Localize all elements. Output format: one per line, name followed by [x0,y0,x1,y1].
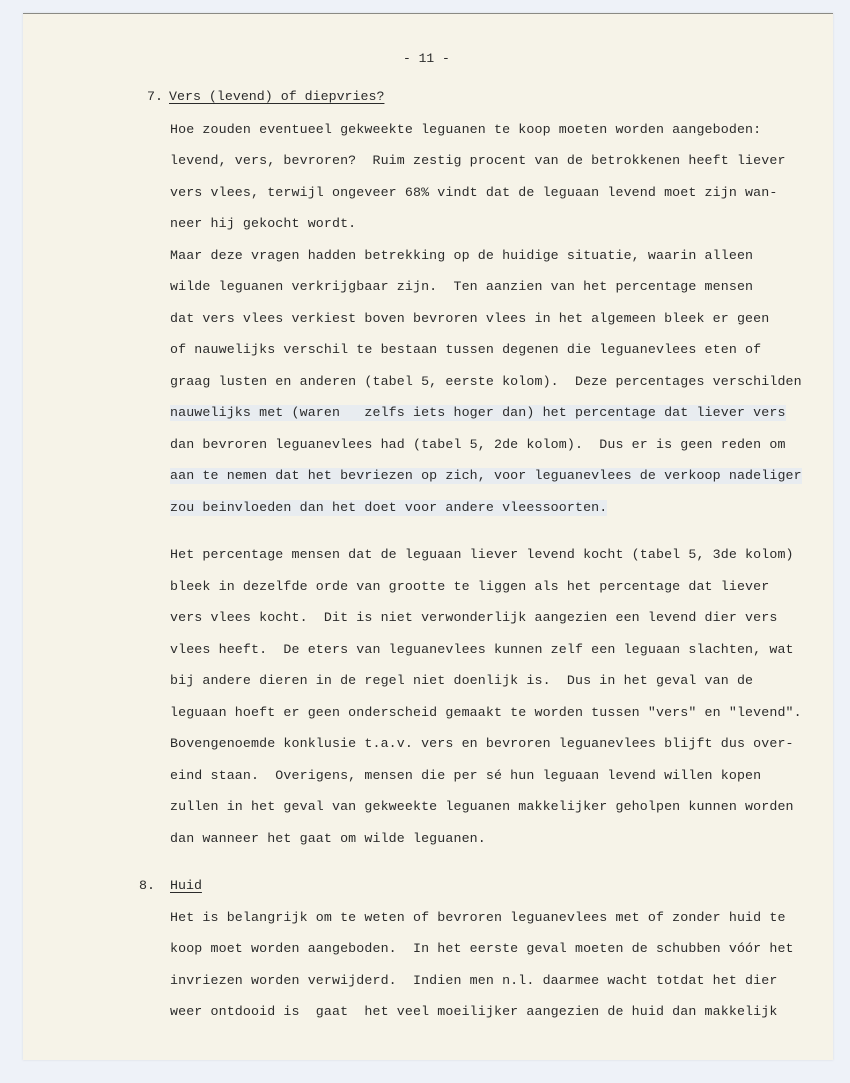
text-line: zullen in het geval van gekweekte leguan… [170,799,794,815]
text-line: vers vlees, terwijl ongeveer 68% vindt d… [170,185,777,201]
text-line: koop moet worden aangeboden. In het eers… [170,941,794,957]
text-line: bij andere dieren in de regel niet doenl… [170,673,753,689]
text-line: Bovengenoemde konklusie t.a.v. vers en b… [170,736,794,752]
text-line: Hoe zouden eventueel gekweekte leguanen … [170,122,761,138]
text-line: graag lusten en anderen (tabel 5, eerste… [170,374,802,390]
text-line: neer hij gekocht wordt. [170,216,356,232]
text-line: of nauwelijks verschil te bestaan tussen… [170,342,761,358]
text-line: dat vers vlees verkiest boven bevroren v… [170,311,769,327]
text-line: levend, vers, bevroren? Ruim zestig proc… [170,153,786,169]
text-line: nauwelijks met (waren zelfs iets hoger d… [170,405,786,421]
text-line: vers vlees kocht. Dit is niet verwonderl… [170,610,777,626]
text-line: dan bevroren leguanevlees had (tabel 5, … [170,437,786,453]
text-line: invriezen worden verwijderd. Indien men … [170,973,777,989]
text-line: leguaan hoeft er geen onderscheid gemaak… [170,705,802,721]
section-7-title: Vers (levend) of diepvries? [169,89,384,105]
text-line: weer ontdooid is gaat het veel moeilijke… [170,1004,777,1020]
text-line: vlees heeft. De eters van leguanevlees k… [170,642,794,658]
section-7-number: 7. [147,89,163,105]
section-8-number: 8. [139,878,155,894]
text-line: Het is belangrijk om te weten of bevrore… [170,910,786,926]
document-page: - 11 - 7. Vers (levend) of diepvries? Ho… [23,13,833,1060]
text-line: dan wanneer het gaat om wilde leguanen. [170,831,486,847]
section-8-title: Huid [170,878,202,894]
text-line: bleek in dezelfde orde van grootte te li… [170,579,769,595]
page-number: - 11 - [403,51,450,66]
text-line: Maar deze vragen hadden betrekking op de… [170,248,753,264]
text-line: eind staan. Overigens, mensen die per sé… [170,768,761,784]
text-line: Het percentage mensen dat de leguaan lie… [170,547,794,563]
text-line: zou beinvloeden dan het doet voor andere… [170,500,607,516]
text-line: wilde leguanen verkrijgbaar zijn. Ten aa… [170,279,753,295]
text-line: aan te nemen dat het bevriezen op zich, … [170,468,802,484]
